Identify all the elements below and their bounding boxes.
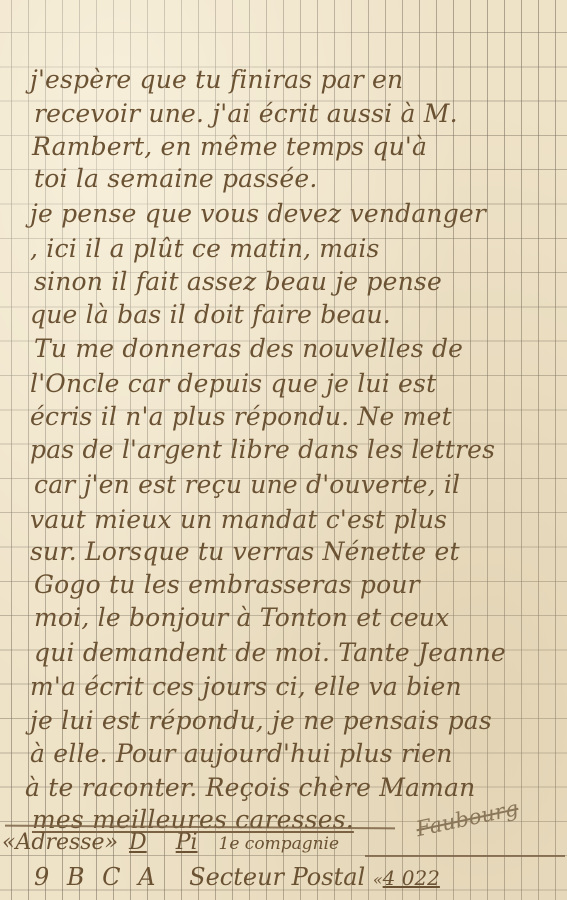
letter-line: pas de l'argent libre dans les lettres: [30, 433, 495, 467]
letter-line: je lui est répondu, je ne pensais pas: [30, 704, 492, 738]
letter-line: Rambert, en même temps qu'à: [32, 130, 427, 164]
letter-line: que là bas il doit faire beau.: [30, 298, 391, 332]
address-detail: 1e compagnie: [219, 834, 340, 854]
letter-line: à elle. Pour aujourd'hui plus rien: [30, 737, 453, 771]
letter-line: Gogo tu les embrasseras pour: [34, 568, 420, 602]
quote-mark: «: [373, 870, 383, 889]
letter-line: sur. Lorsque tu verras Nénette et: [30, 535, 460, 569]
address-line-1: «Adresse» D Pi 1e compagnie: [2, 828, 339, 859]
letter-line: moi, le bonjour à Tonton et ceux: [34, 601, 449, 635]
letter-line: je pense que vous devez vendanger: [30, 197, 486, 231]
letter-line: toi la semaine passée.: [34, 162, 317, 196]
sector-label: Secteur Postal: [189, 863, 365, 891]
letter-line: sinon il fait assez beau je pense: [34, 265, 442, 299]
separator-rule: [365, 855, 565, 857]
letter-line: m'a écrit ces jours ci, elle va bien: [30, 670, 462, 704]
letter-line: l'Oncle car depuis que je lui est: [30, 367, 436, 401]
letter-line: , ici il a plût ce matin, mais: [30, 232, 380, 266]
letter-line: car j'en est reçu une d'ouverte, il: [34, 468, 460, 502]
address-unit-code: 9 B C A: [34, 863, 156, 891]
letter-line: qui demandent de moi. Tante Jeanne: [34, 636, 506, 670]
sector-number: 4 022: [383, 866, 440, 890]
letter-page: j'espère que tu finiras par en recevoir …: [0, 0, 567, 900]
address-prefix: D: [129, 830, 147, 855]
address-line-2: 9 B C A Secteur Postal «4 022: [34, 862, 440, 895]
quote-mark: «: [2, 830, 15, 855]
quote-mark: »: [105, 830, 118, 855]
letter-line: recevoir une. j'ai écrit aussi à M.: [34, 97, 458, 131]
letter-line: vaut mieux un mandat c'est plus: [30, 503, 447, 537]
letter-line: à te raconter. Reçois chère Maman: [25, 771, 475, 805]
address-unit: Pi: [176, 830, 198, 855]
letter-line: Tu me donneras des nouvelles de: [34, 332, 463, 366]
letter-line: j'espère que tu finiras par en: [30, 63, 403, 97]
address-label: Adresse: [15, 830, 104, 855]
letter-line: écris il n'a plus répondu. Ne met: [30, 400, 452, 434]
